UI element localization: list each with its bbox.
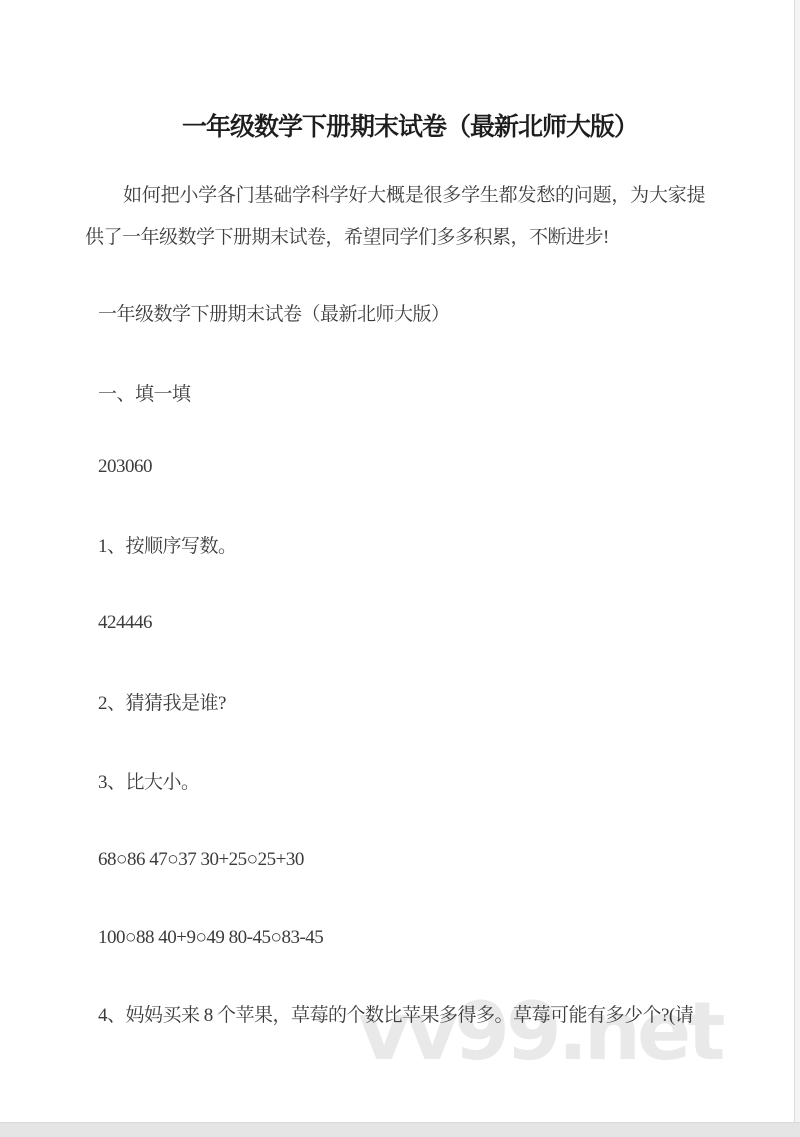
comparison-row-1: 68○86 47○37 30+25○25+30 (98, 847, 304, 873)
question-3-label: 3、比大小。 (98, 770, 200, 796)
document-page: vv99.net 一年级数学下册期末试卷（最新北师大版） 如何把小学各门基础学科… (0, 0, 800, 1137)
watermark: vv99.net (358, 985, 721, 1078)
section-1-heading: 一、填一填 (98, 382, 191, 408)
exam-subtitle: 一年级数学下册期末试卷（最新北师大版） (98, 302, 450, 328)
question-1-label: 1、按顺序写数。 (98, 534, 237, 560)
bottom-bar (0, 1122, 800, 1137)
question-2-label: 2、猜猜我是谁? (98, 691, 226, 717)
question-4-text: 4、妈妈买来 8 个苹果，草莓的个数比苹果多得多。草莓可能有多少个?(请 (98, 1003, 693, 1029)
page-right-edge (794, 0, 800, 1123)
fill-numbers-row: 203060 (98, 454, 152, 480)
number-sequence-row: 424446 (98, 610, 152, 636)
comparison-row-2: 100○88 40+9○49 80-45○83-45 (98, 925, 323, 951)
intro-paragraph: 如何把小学各门基础学科学好大概是很多学生都发愁的问题，为大家提供了一年级数学下册… (85, 175, 705, 259)
page-title: 一年级数学下册期末试卷（最新北师大版） (20, 107, 800, 143)
